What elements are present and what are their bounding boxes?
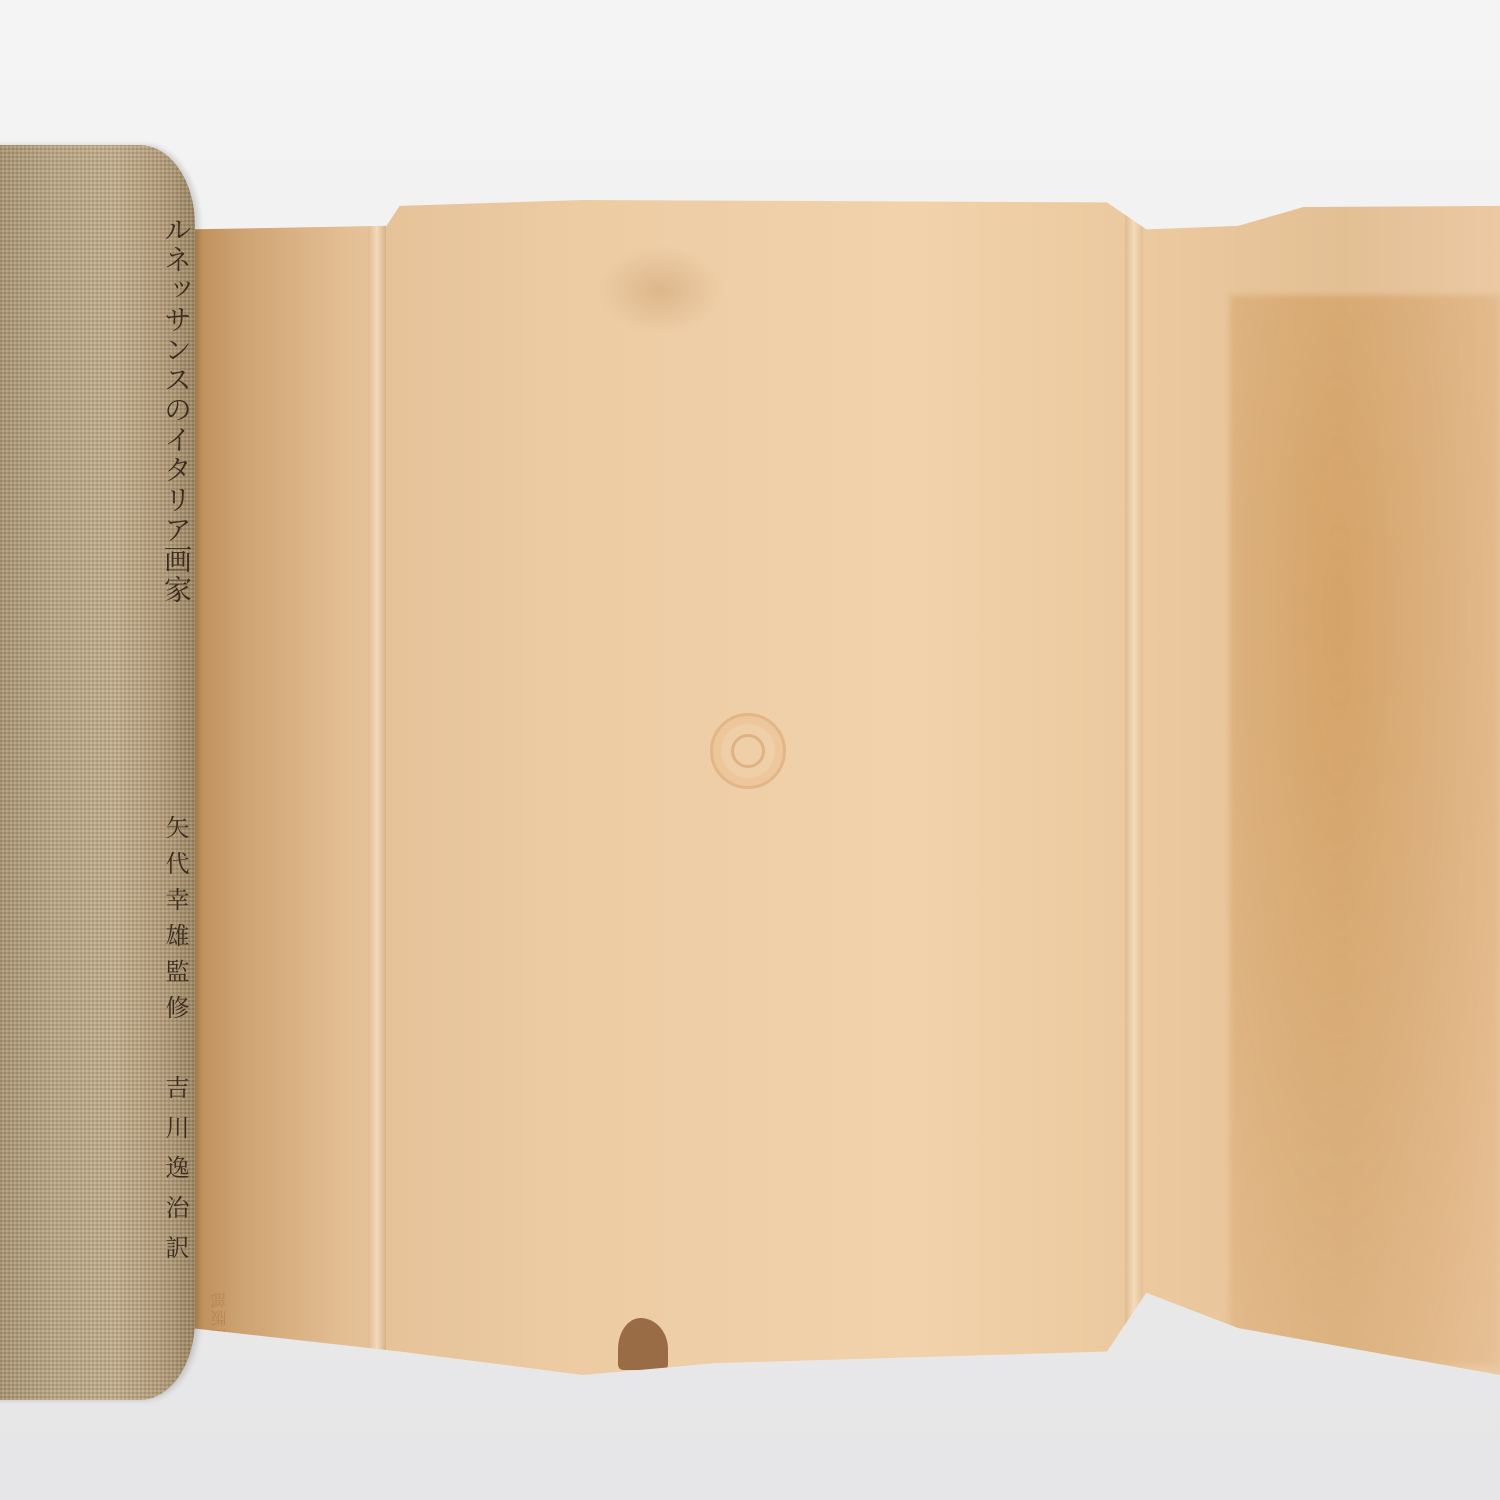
photo-scene: 出版部 ルネッサンスのイタリア画家 矢代幸雄監修 吉川逸治訳 [0,0,1500,1500]
spine-translator: 吉川逸治訳 [158,1075,193,1275]
jacket-flap-offset-print [1230,295,1500,1365]
jacket-stain-bottom [618,1318,668,1370]
jacket-fold-left [368,200,386,1375]
jacket-stain-top [595,245,725,335]
monogram-stamp-inner [731,734,765,768]
jacket-spine-panel [190,200,380,1375]
spine-editor: 矢代幸雄監修 [158,815,193,1031]
book-spine: ルネッサンスのイタリア画家 矢代幸雄監修 吉川逸治訳 [0,145,195,1400]
dust-jacket: 出版部 [190,200,1500,1375]
monogram-stamp-icon [710,713,786,789]
jacket-fold-right [1125,200,1143,1375]
spine-title: ルネッサンスのイタリア画家 [156,215,196,605]
